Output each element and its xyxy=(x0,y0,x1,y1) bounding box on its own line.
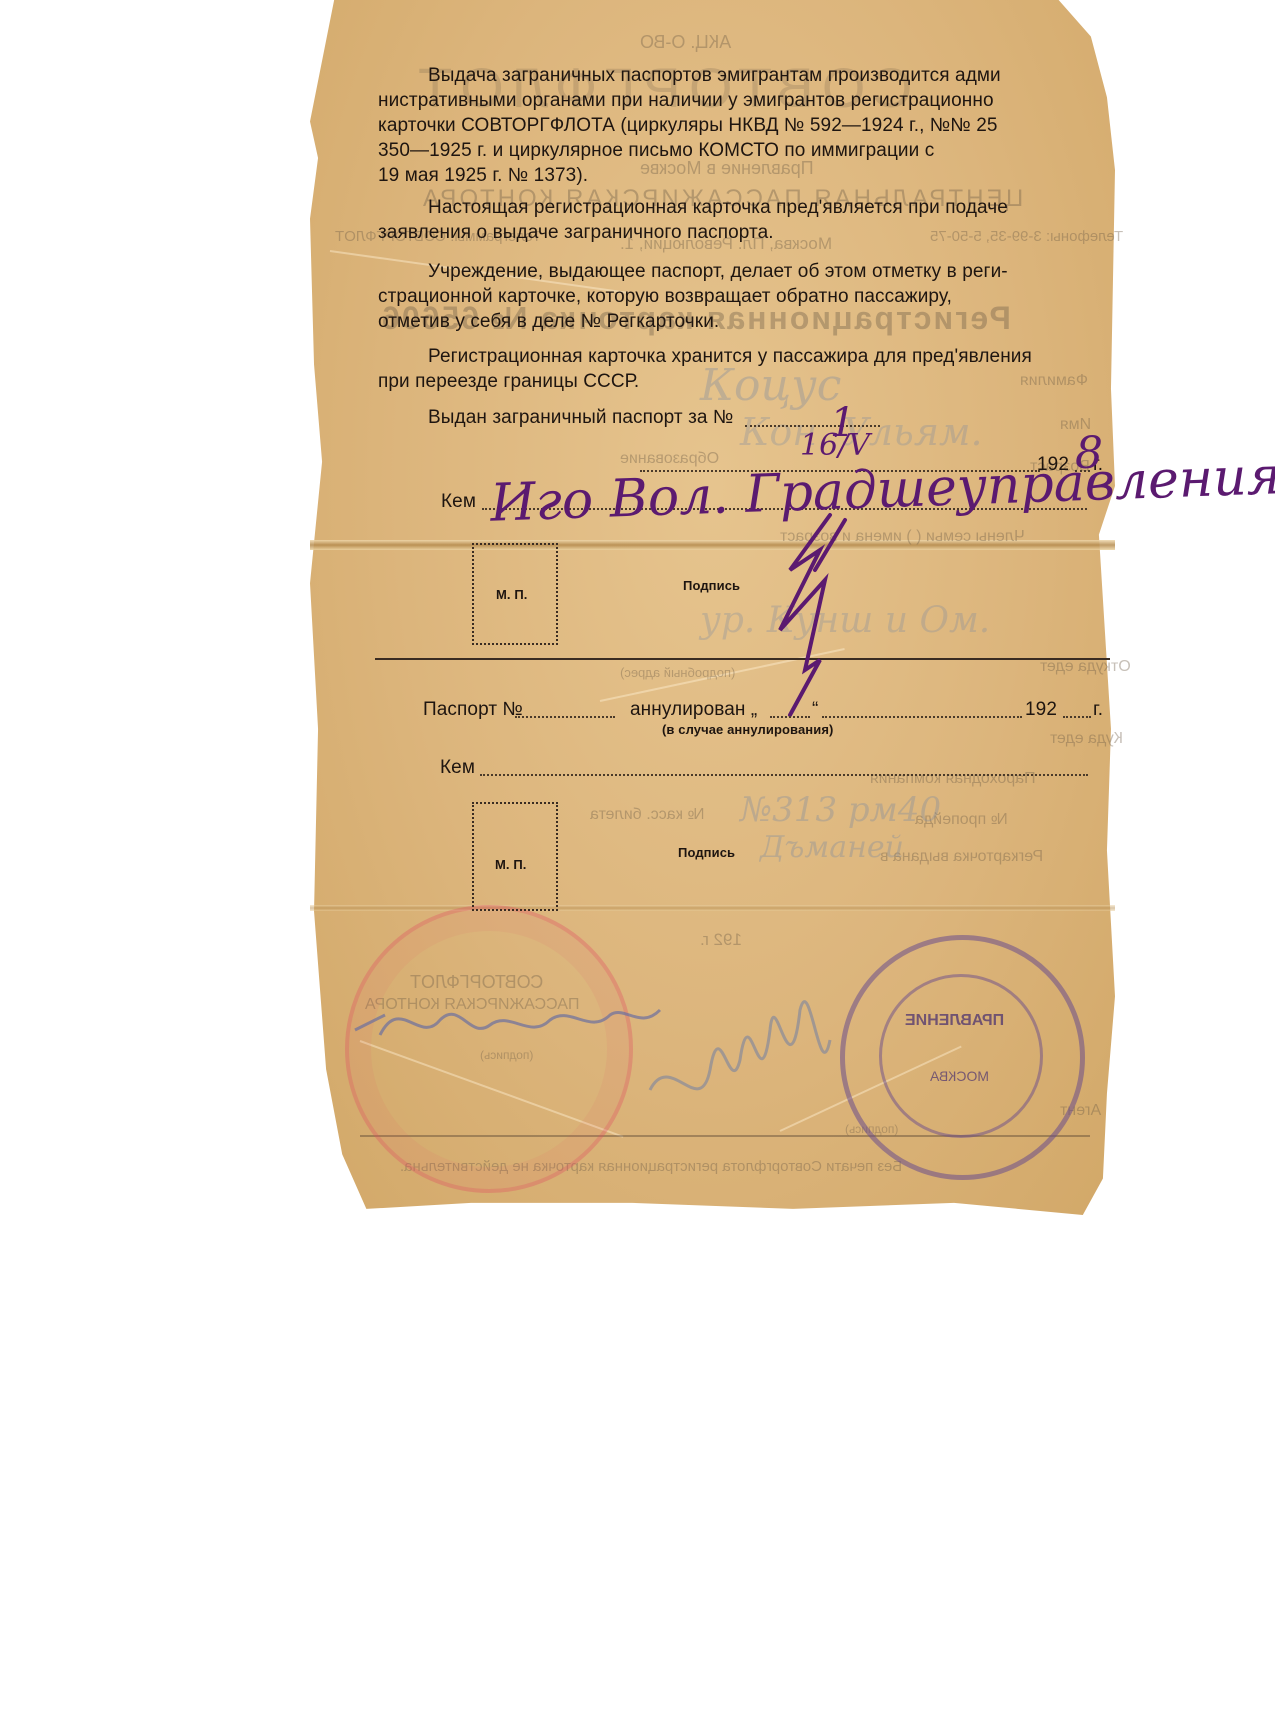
paragraph-3-line-3: отметив у себя в деле № Регкарточки. xyxy=(378,312,719,332)
reverse-handwriting: Коцус xyxy=(700,360,841,411)
cancel-cancelled-label: аннулирован „ xyxy=(630,700,757,720)
paragraph-4-line-1: Регистрационная карточка хранится у пасс… xyxy=(428,347,1032,367)
cancel-year-suffix: г. xyxy=(1093,700,1103,720)
handwritten-date: 16/V xyxy=(800,428,870,463)
paragraph-1-line-4: 350—1925 г. и циркулярное письмо КОМСТО … xyxy=(378,141,934,161)
reverse-field-year: 192 г. xyxy=(700,930,742,950)
paragraph-1-line-1: Выдача заграничных паспортов эмигрантам … xyxy=(428,66,1001,86)
paragraph-2-line-1: Настоящая регистрационная карточка пред'… xyxy=(428,198,1008,218)
reverse-handwriting: №313 рм40 xyxy=(740,790,941,830)
cancel-passport-number-line xyxy=(515,716,615,718)
reverse-field-shipping-company: Пароходная компания xyxy=(870,770,1036,788)
paragraph-3-line-1: Учреждение, выдающее паспорт, делает об … xyxy=(428,262,1008,282)
reverse-field-card-issued: Регкарточка выдана в xyxy=(880,848,1043,866)
paragraph-3-line-2: страционной карточке, которую возвращает… xyxy=(378,287,952,307)
reverse-field-address-note: (подробный адрес) xyxy=(620,665,735,680)
cancel-quote-close: “ xyxy=(812,700,818,720)
reverse-field-to: Куда едет xyxy=(1050,730,1123,748)
stamp-city-text: МОСКВА xyxy=(930,1068,989,1084)
paragraph-1-line-2: нистративными органами при наличии у эми… xyxy=(378,91,994,111)
reverse-phones: Телефоны: 3-99-35, 5-50-75 xyxy=(930,228,1123,245)
stamp-box-label: М. П. xyxy=(496,585,528,605)
paragraph-4-line-2: при переезде границы СССР. xyxy=(378,372,639,392)
cancel-year-prefix: 192 xyxy=(1025,700,1057,720)
issued-by-label: Кем xyxy=(441,492,476,512)
section-divider xyxy=(375,658,1110,660)
stamp-board-text: ПРАВЛЕНИЕ xyxy=(905,1012,1004,1030)
handwritten-signature xyxy=(760,510,880,720)
cancel-day-line xyxy=(770,716,810,718)
reverse-field-ticket: № касс. билета xyxy=(590,806,705,824)
reverse-header: АКЦ. О-ВО xyxy=(640,32,731,53)
signature-label: Подпись xyxy=(683,576,740,596)
cancel-by-label: Кем xyxy=(440,758,475,778)
paragraph-1-line-5: 19 мая 1925 г. № 1373). xyxy=(378,166,588,186)
cancel-passport-label: Паспорт № xyxy=(423,700,523,720)
reverse-field-from: Откуда едет xyxy=(1040,658,1131,676)
reverse-field-surname: Фамилия xyxy=(1020,372,1088,390)
stamp-box-label: М. П. xyxy=(495,855,527,875)
cancel-by-line xyxy=(480,774,1088,776)
paragraph-1-line-3: карточки СОВТОРГФЛОТА (циркуляры НКВД № … xyxy=(378,116,998,136)
horizontal-fold xyxy=(310,905,1115,911)
pencil-signature-right xyxy=(640,950,840,1130)
cancel-year-line xyxy=(1063,716,1091,718)
reverse-handwriting: Дъманей xyxy=(760,830,904,865)
issued-passport-label: Выдан заграничный паспорт за № xyxy=(428,408,733,428)
reverse-board: Правление в Москве xyxy=(640,158,814,179)
pencil-signature-left xyxy=(340,985,670,1055)
violet-stamp-inner-ring xyxy=(879,974,1043,1138)
issued-number-line xyxy=(745,425,880,427)
cancel-note: (в случае аннулирования) xyxy=(662,720,833,740)
cancel-month-line xyxy=(822,716,1022,718)
paragraph-2-line-2: заявления о выдаче заграничного паспорта… xyxy=(378,223,774,243)
signature-label: Подпись xyxy=(678,843,735,863)
violet-round-stamp: ПРАВЛЕНИЕ МОСКВА xyxy=(840,935,1085,1180)
